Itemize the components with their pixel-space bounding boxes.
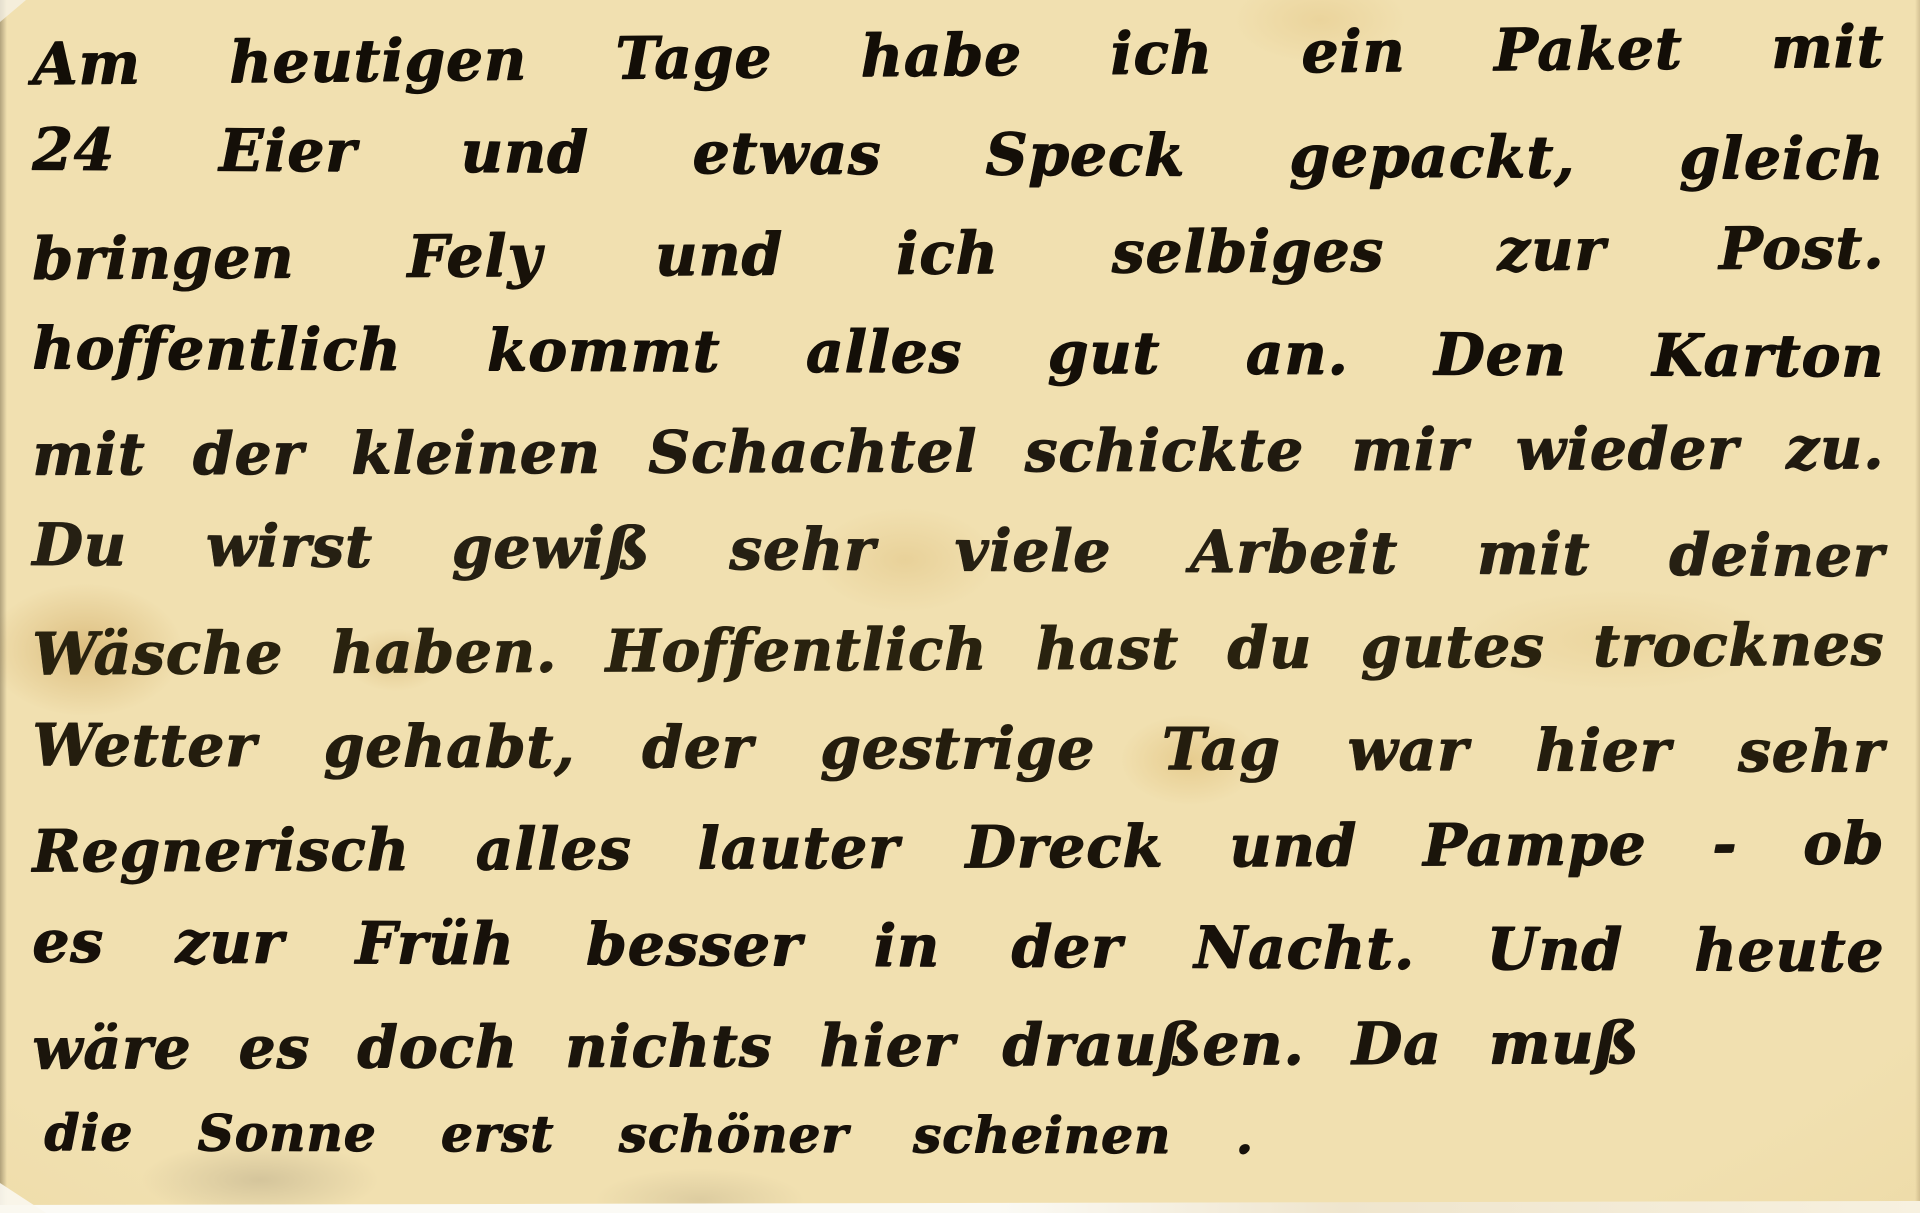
handwritten-line-10: es zur Früh besser in der Nacht. Und heu… [32, 892, 1884, 1001]
handwritten-line-11: wäre es doch nichts hier draußen. Da muß [32, 993, 1884, 1098]
scan-edge-right [1915, 0, 1920, 1213]
scan-corner-bottom-left [0, 1183, 46, 1213]
handwritten-line-5: mit der kleinen Schachtel schickte mir w… [32, 399, 1884, 504]
handwritten-line-9: Regnerisch alles lauter Dreck und Pampe … [32, 794, 1884, 901]
handwritten-line-8: Wetter gehabt, der gestrige Tag war hier… [32, 696, 1884, 801]
handwritten-line-7: Wäsche haben. Hoffentlich hast du gutes … [32, 595, 1884, 704]
handwritten-line-2: 24 Eier und etwas Speck gepackt, gleich [32, 100, 1884, 209]
scan-edge-bottom [0, 1201, 1920, 1213]
handwritten-line-6: Du wirst gewiß sehr viele Arbeit mit dei… [32, 495, 1885, 605]
scan-corner-top-left [0, 0, 26, 22]
handwritten-line-1: Am heutigen Tage habe ich ein Paket mit [32, 0, 1885, 114]
scan-edge-left [0, 0, 7, 1213]
handwritten-text: Am heutigen Tage habe ich ein Paket mit … [32, 6, 1884, 1187]
handwritten-line-4: hoffentlich kommt alles gut an. Den Kart… [32, 299, 1884, 406]
postcard-scan: Am heutigen Tage habe ich ein Paket mit … [0, 0, 1920, 1213]
handwritten-line-3: bringen Fely und ich selbiges zur Post. [32, 198, 1885, 308]
handwritten-line-12: die Sonne erst schöner scheinen . [32, 1093, 1884, 1190]
